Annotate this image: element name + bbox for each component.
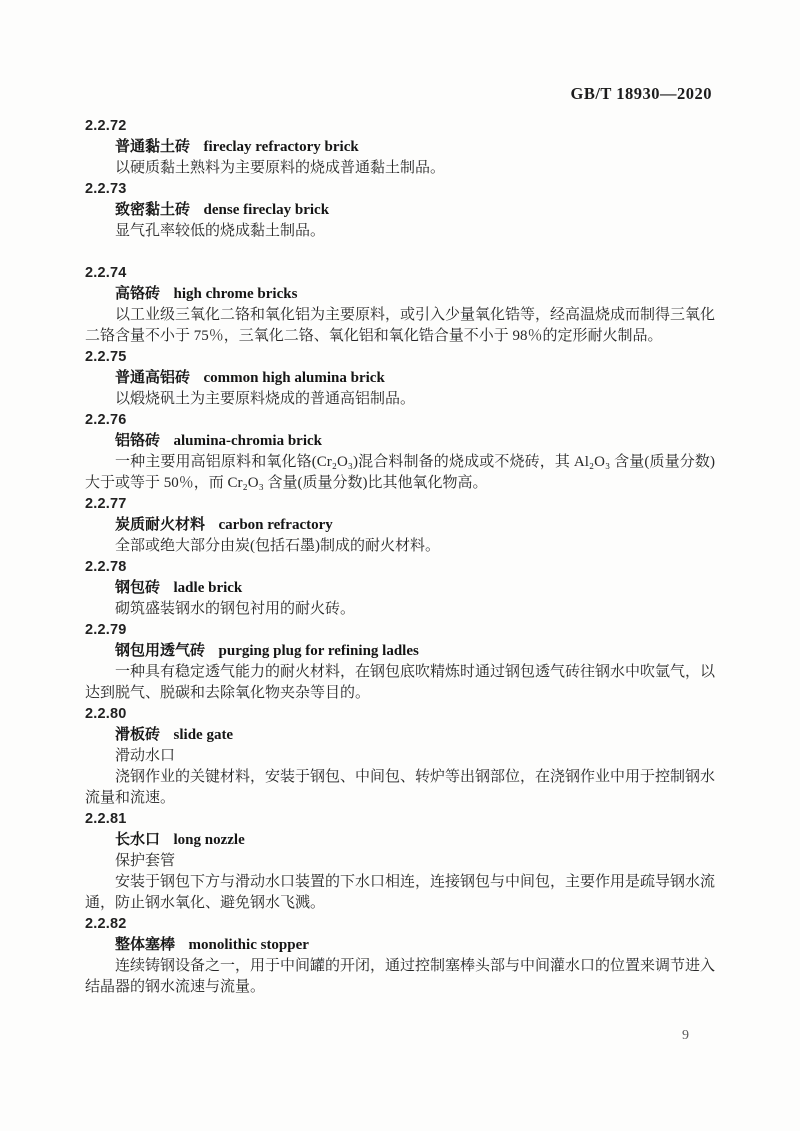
page-number: 9 — [682, 1028, 689, 1044]
term-english: alumina-chromia brick — [174, 433, 322, 449]
term-english: common high alumina brick — [204, 370, 385, 386]
term-line: 铝铬砖alumina-chromia brick — [85, 431, 715, 452]
clause-number: 2.2.72 — [85, 116, 715, 137]
term-english: purging plug for refining ladles — [219, 643, 419, 659]
term-line: 普通高铝砖common high alumina brick — [85, 368, 715, 389]
clause-number: 2.2.79 — [85, 620, 715, 641]
term-line: 钢包砖ladle brick — [85, 578, 715, 599]
term-entry: 2.2.80 滑板砖slide gate 滑动水口 浇钢作业的关键材料，安装于钢… — [85, 704, 715, 809]
definition-paragraph: 连续铸钢设备之一，用于中间罐的开闭，通过控制塞棒头部与中间灌水口的位置来调节进入… — [85, 956, 715, 998]
term-entry: 2.2.78 钢包砖ladle brick 砌筑盛装钢水的钢包衬用的耐火砖。 — [85, 557, 715, 620]
clause-number: 2.2.76 — [85, 410, 715, 431]
document-page: GB/T 18930—2020 2.2.72 普通黏土砖fireclay ref… — [0, 0, 800, 1131]
term-line: 整体塞棒monolithic stopper — [85, 935, 715, 956]
definition-paragraph: 浇钢作业的关键材料，安装于钢包、中间包、转炉等出钢部位，在浇钢作业中用于控制钢水… — [85, 767, 715, 809]
term-line: 普通黏土砖fireclay refractory brick — [85, 137, 715, 158]
term-entry: 2.2.81 长水口long nozzle 保护套管 安装于钢包下方与滑动水口装… — [85, 809, 715, 914]
term-english: fireclay refractory brick — [204, 139, 359, 155]
term-chinese: 钢包用透气砖 — [115, 643, 205, 659]
term-entry: 2.2.76 铝铬砖alumina-chromia brick 一种主要用高铝原… — [85, 410, 715, 494]
definition-paragraph: 安装于钢包下方与滑动水口装置的下水口相连，连接钢包与中间包，主要作用是疏导钢水流… — [85, 872, 715, 914]
clause-number: 2.2.73 — [85, 179, 715, 200]
clause-number: 2.2.75 — [85, 347, 715, 368]
term-entry: 2.2.77 炭质耐火材料carbon refractory 全部或绝大部分由炭… — [85, 494, 715, 557]
term-english: ladle brick — [174, 580, 243, 596]
definition-paragraph: 以工业级三氧化二铬和氧化铝为主要原料，或引入少量氧化锆等，经高温烧成而制得三氧化… — [85, 305, 715, 347]
term-entry: 2.2.74 高铬砖high chrome bricks 以工业级三氧化二铬和氧… — [85, 263, 715, 347]
term-chinese: 普通黏土砖 — [115, 139, 190, 155]
term-entry: 2.2.82 整体塞棒monolithic stopper 连续铸钢设备之一，用… — [85, 914, 715, 998]
term-english: carbon refractory — [219, 517, 333, 533]
term-chinese: 整体塞棒 — [115, 937, 175, 953]
standard-number-header: GB/T 18930—2020 — [570, 84, 712, 104]
term-chinese: 致密黏土砖 — [115, 202, 190, 218]
term-english: long nozzle — [174, 832, 245, 848]
term-line: 钢包用透气砖purging plug for refining ladles — [85, 641, 715, 662]
term-english: monolithic stopper — [189, 937, 309, 953]
term-english: high chrome bricks — [174, 286, 298, 302]
clause-number: 2.2.77 — [85, 494, 715, 515]
definition-paragraph: 一种主要用高铝原料和氧化铬(Cr₂O₃)混合料制备的烧成或不烧砖，其 Al₂O₃… — [85, 452, 715, 494]
term-english: dense fireclay brick — [204, 202, 330, 218]
term-line: 滑板砖slide gate — [85, 725, 715, 746]
term-chinese: 钢包砖 — [115, 580, 160, 596]
term-chinese: 铝铬砖 — [115, 433, 160, 449]
synonym-line: 保护套管 — [85, 851, 715, 872]
term-chinese: 炭质耐火材料 — [115, 517, 205, 533]
term-chinese: 普通高铝砖 — [115, 370, 190, 386]
clause-number: 2.2.81 — [85, 809, 715, 830]
term-line: 高铬砖high chrome bricks — [85, 284, 715, 305]
term-line: 炭质耐火材料carbon refractory — [85, 515, 715, 536]
clause-number: 2.2.78 — [85, 557, 715, 578]
clause-number: 2.2.82 — [85, 914, 715, 935]
term-line: 致密黏土砖dense fireclay brick — [85, 200, 715, 221]
term-entry: 2.2.73 致密黏土砖dense fireclay brick 显气孔率较低的… — [85, 179, 715, 242]
definition-paragraph: 一种具有稳定透气能力的耐火材料，在钢包底吹精炼时通过钢包透气砖往钢水中吹氩气，以… — [85, 662, 715, 704]
term-line: 长水口long nozzle — [85, 830, 715, 851]
definition-paragraph: 以硬质黏土熟料为主要原料的烧成普通黏土制品。 — [85, 158, 715, 179]
clause-number: 2.2.80 — [85, 704, 715, 725]
definition-paragraph: 砌筑盛装钢水的钢包衬用的耐火砖。 — [85, 599, 715, 620]
term-entry: 2.2.75 普通高铝砖common high alumina brick 以煅… — [85, 347, 715, 410]
term-chinese: 滑板砖 — [115, 727, 160, 743]
clause-number: 2.2.74 — [85, 263, 715, 284]
definition-paragraph: 以煅烧矾土为主要原料烧成的普通高铝制品。 — [85, 389, 715, 410]
terminology-content: 2.2.72 普通黏土砖fireclay refractory brick 以硬… — [85, 116, 715, 998]
synonym-line: 滑动水口 — [85, 746, 715, 767]
term-english: slide gate — [174, 727, 234, 743]
term-entry: 2.2.72 普通黏土砖fireclay refractory brick 以硬… — [85, 116, 715, 179]
term-chinese: 高铬砖 — [115, 286, 160, 302]
definition-paragraph: 全部或绝大部分由炭(包括石墨)制成的耐火材料。 — [85, 536, 715, 557]
definition-paragraph: 显气孔率较低的烧成黏土制品。 — [85, 221, 715, 242]
term-chinese: 长水口 — [115, 832, 160, 848]
term-entry: 2.2.79 钢包用透气砖purging plug for refining l… — [85, 620, 715, 704]
